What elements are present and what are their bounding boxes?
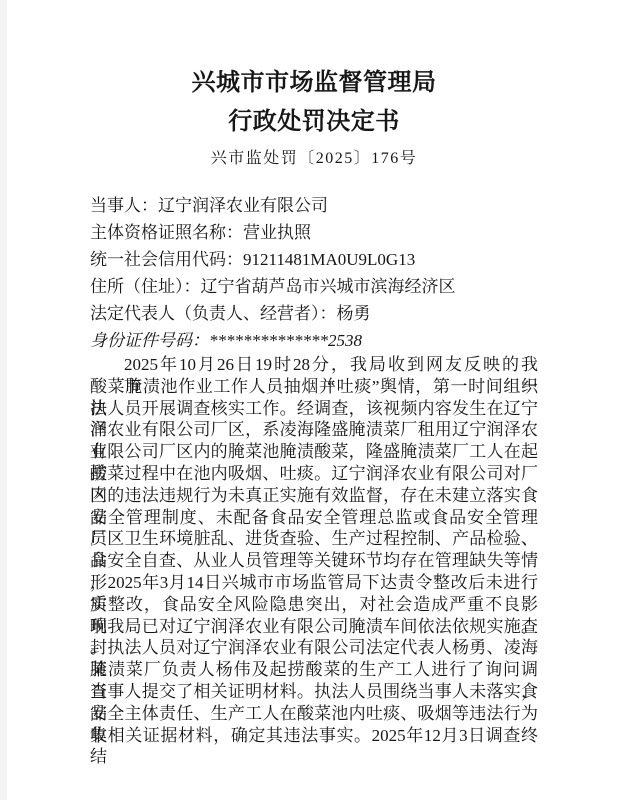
body-text-line: 酸菜腌渍池作业工作人员抽烟并吐痰”舆情，第一时间组织执 [90, 376, 538, 398]
body-text-line: 厂区卫生环境脏乱、进货查验、生产过程控制、产品检验、食 [90, 528, 538, 550]
body-text-line: 腌渍菜厂负责人杨伟及起捞酸菜的生产工人进行了询问调查， [90, 659, 538, 681]
body-text-line: 质整改，食品安全风险隐患突出，对社会造成严重不良影响。 [90, 594, 538, 616]
document-number: 兴市监处罚〔2025〕176号 [90, 148, 538, 170]
body-text-section: 2025年10月26日19时28分，我局收到网友反映的我市“一 酸菜腌渍池作业工… [90, 354, 538, 746]
body-text-line: 当事人提交了相关证明材料。执法人员围绕当事人未落实食品 [90, 681, 538, 703]
body-text-line: 安全管理制度、未配备食品安全管理总监或食品安全管理员、 [90, 507, 538, 529]
party-row-legal-representative: 法定代表人（负责人、经营者）：杨勇 [90, 300, 538, 327]
body-text-line: 品安全自查、从业人员管理等关键环节均存在管理缺失等情形 [90, 550, 538, 572]
body-text-line: 2025年10月26日19时28分，我局收到网友反映的我市“一 [90, 354, 538, 376]
party-row-name: 当事人：辽宁润泽农业有限公司 [90, 192, 538, 219]
party-row-id-number: 身份证件号码：**************2538 [90, 327, 538, 354]
body-text-line: 集相关证据材料，确定其违法事实。2025年12月3日调查终结 [90, 725, 538, 747]
party-info-section: 当事人：辽宁润泽农业有限公司 主体资格证照名称：营业执照 统一社会信用代码：91… [90, 192, 538, 354]
agency-title: 兴城市市场监督管理局 [90, 68, 538, 98]
body-text-line: 现我局已对辽宁润泽农业有限公司腌渍车间依法依规实施查封 [90, 616, 538, 638]
body-text-line: 有限公司厂区内的腌菜池腌渍酸菜，隆盛腌渍菜厂工人在起捞 [90, 441, 538, 463]
body-text-line: 安全主体责任、生产工人在酸菜池内吐痰、吸烟等违法行为收 [90, 703, 538, 725]
document-page: 兴城市市场监督管理局 行政处罚决定书 兴市监处罚〔2025〕176号 当事人：辽… [0, 0, 623, 800]
document-content: 兴城市市场监督管理局 行政处罚决定书 兴市监处罚〔2025〕176号 当事人：辽… [90, 0, 538, 746]
body-text-line: 。执法人员对辽宁润泽农业有限公司法定代表人杨勇、凌海某 [90, 637, 538, 659]
body-text-line: 内的违法违规行为未真正实施有效监督，存在未建立落实食品 [90, 485, 538, 507]
body-text-line: 酸菜过程中在池内吸烟、吐痰。辽宁润泽农业有限公司对厂区 [90, 463, 538, 485]
document-type-title: 行政处罚决定书 [90, 107, 538, 137]
body-text-line: ，2025年3月14日兴城市市场监管局下达责令整改后未进行实 [90, 572, 538, 594]
scan-edge-shadow [0, 0, 7, 800]
body-text-line: 法人员开展调查核实工作。经调查，该视频内容发生在辽宁润 [90, 398, 538, 420]
body-text-line: 泽农业有限公司厂区，系凌海隆盛腌渍菜厂租用辽宁润泽农业 [90, 419, 538, 441]
party-row-license-type: 主体资格证照名称：营业执照 [90, 219, 538, 246]
party-row-address: 住所（住址）：辽宁省葫芦岛市兴城市滨海经济区 [90, 273, 538, 300]
party-row-credit-code: 统一社会信用代码：91211481MA0U9L0G13 [90, 246, 538, 273]
